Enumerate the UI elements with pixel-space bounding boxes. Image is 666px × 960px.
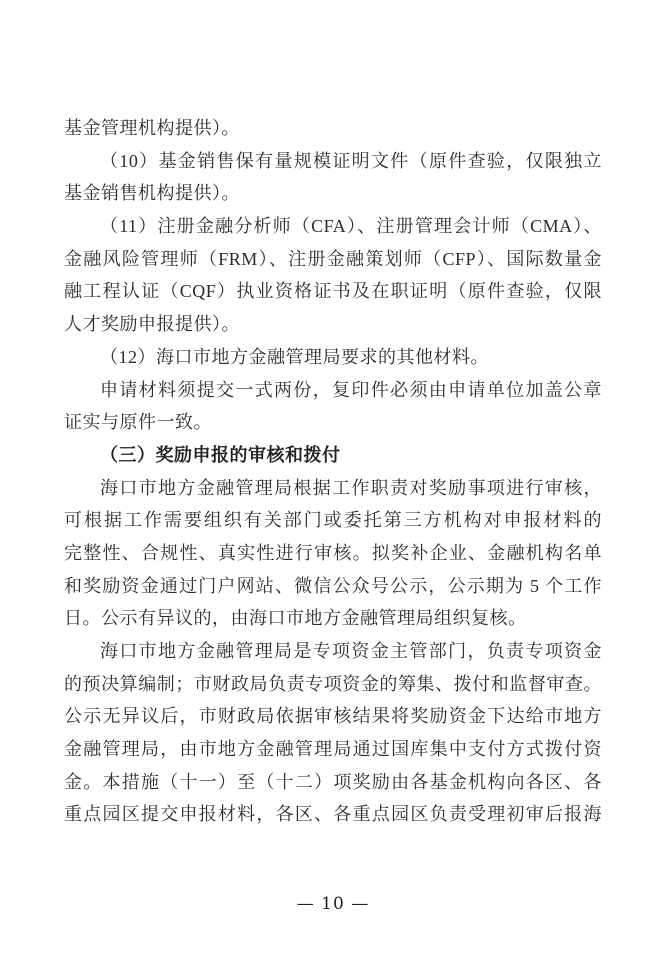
text-line: 申请材料须提交一式两份，复印件必须由申请单位加盖公章 (64, 374, 602, 407)
text-line: 融工程认证（CQF）执业资格证书及在职证明（原件查验，仅限 (64, 275, 602, 308)
text-line: 海口市地方金融管理局根据工作职责对奖励事项进行审核， (64, 472, 602, 505)
text-line: （10）基金销售保有量规模证明文件（原件查验，仅限独立 (64, 145, 602, 178)
text-line: 公示无异议后，市财政局依据审核结果将奖励资金下达给市地方 (64, 700, 602, 733)
text-line: 的预决算编制；市财政局负责专项资金的筹集、拨付和监督审查。 (64, 668, 602, 701)
text-line: 可根据工作需要组织有关部门或委托第三方机构对申报材料的 (64, 504, 602, 537)
text-line: 基金管理机构提供）。 (64, 112, 602, 145)
text-line: 重点园区提交申报材料，各区、各重点园区负责受理初审后报海 (64, 798, 602, 831)
text-line: 完整性、合规性、真实性进行审核。拟奖补企业、金融机构名单 (64, 537, 602, 570)
text-line: 人才奖励申报提供）。 (64, 308, 602, 341)
page-number: — 10 — (0, 892, 666, 916)
text-line: 日。公示有异议的，由海口市地方金融管理局组织复核。 (64, 602, 602, 635)
text-line: 证实与原件一致。 (64, 406, 602, 439)
text-line: 和奖励资金通过门户网站、微信公众号公示，公示期为 5 个工作 (64, 570, 602, 603)
text-line: （12）海口市地方金融管理局要求的其他材料。 (64, 341, 602, 374)
document-page: 基金管理机构提供）。 （10）基金销售保有量规模证明文件（原件查验，仅限独立 基… (0, 0, 666, 960)
text-line: 金融风险管理师（FRM）、注册金融策划师（CFP）、国际数量金 (64, 243, 602, 276)
text-line: 基金销售机构提供）。 (64, 177, 602, 210)
section-heading: （三）奖励申报的审核和拨付 (64, 439, 602, 472)
text-line: 金融管理局，由市地方金融管理局通过国库集中支付方式拨付资 (64, 733, 602, 766)
document-body: 基金管理机构提供）。 （10）基金销售保有量规模证明文件（原件查验，仅限独立 基… (64, 112, 602, 831)
text-line: 金。本措施（十一）至（十二）项奖励由各基金机构向各区、各 (64, 766, 602, 799)
text-line: （11）注册金融分析师（CFA）、注册管理会计师（CMA）、 (64, 210, 602, 243)
text-line: 海口市地方金融管理局是专项资金主管部门，负责专项资金 (64, 635, 602, 668)
